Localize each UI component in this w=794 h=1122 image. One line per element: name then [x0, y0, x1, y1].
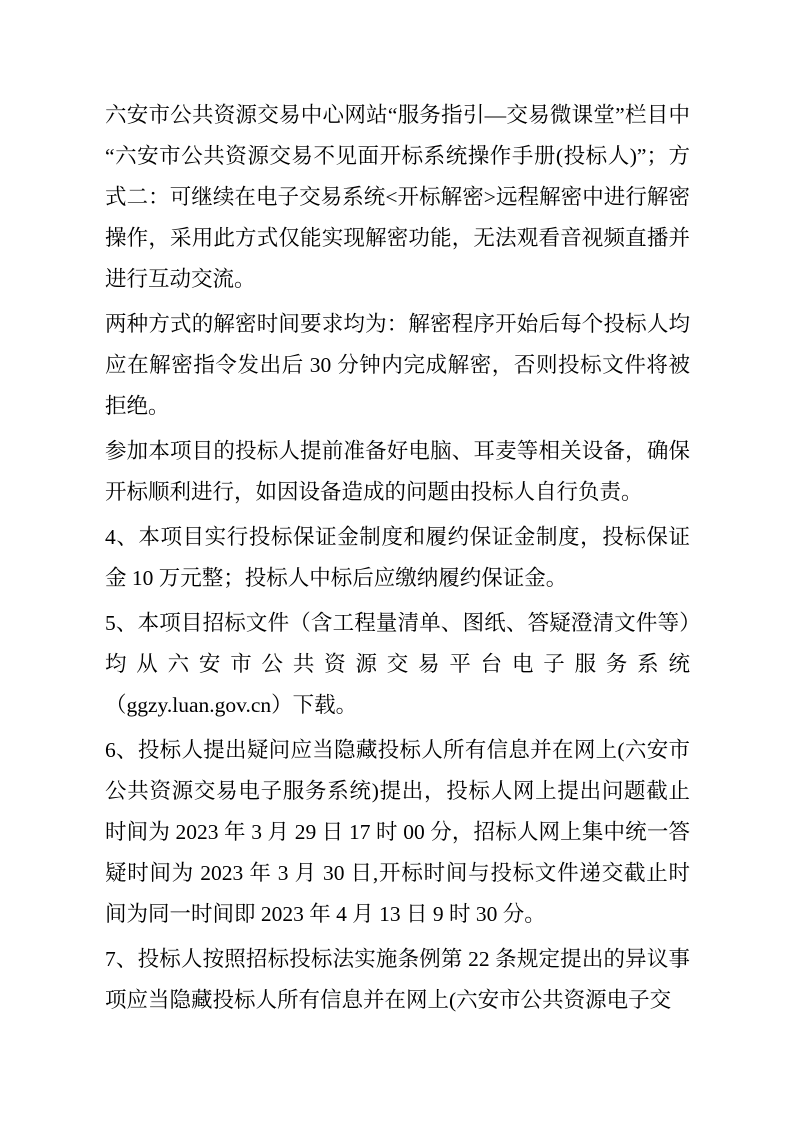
document-page: 六安市公共资源交易中心网站“服务指引—交易微课堂”栏目中“六安市公共资源交易不见… [0, 0, 794, 1122]
paragraph-item-6-question-deadlines: 6、投标人提出疑问应当隐藏投标人所有信息并在网上(六安市公共资源交易电子服务系统… [105, 730, 690, 935]
paragraph-item-4-bid-security: 4、本项目实行投标保证金制度和履约保证金制度，投标保证金 10 万元整；投标人中… [105, 517, 690, 599]
paragraph-item-7-objections: 7、投标人按照招标投标法实施条例第 22 条规定提出的异议事项应当隐藏投标人所有… [105, 939, 690, 1021]
paragraph-item-5-document-download: 5、本项目招标文件（含工程量清单、图纸、答疑澄清文件等）均从六安市公共资源交易平… [105, 603, 690, 726]
paragraph-decrypt-methods: 六安市公共资源交易中心网站“服务指引—交易微课堂”栏目中“六安市公共资源交易不见… [105, 95, 690, 300]
paragraph-decrypt-time-requirement: 两种方式的解密时间要求均为：解密程序开始后每个投标人均应在解密指令发出后 30 … [105, 304, 690, 427]
document-body: 六安市公共资源交易中心网站“服务指引—交易微课堂”栏目中“六安市公共资源交易不见… [105, 95, 690, 1021]
paragraph-equipment-preparation: 参加本项目的投标人提前准备好电脑、耳麦等相关设备，确保开标顺利进行，如因设备造成… [105, 431, 690, 513]
